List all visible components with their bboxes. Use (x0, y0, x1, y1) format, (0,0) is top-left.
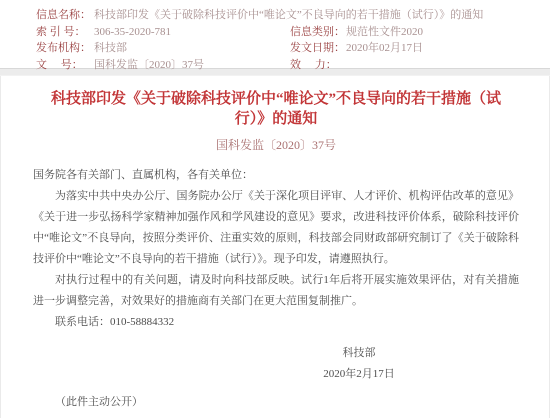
document-body: 国务院各有关部门、直属机构，各有关单位： 为落实中共中央办公厅、国务院办公厅《关… (33, 165, 519, 333)
meta-index-value: 306-35-2020-781 (94, 24, 290, 41)
meta-date-label: 发文日期： (290, 40, 346, 57)
meta-org-value: 科技部 (94, 40, 290, 57)
signature-date: 2020年2月17日 (116, 364, 550, 385)
document-meta-table: 信息名称： 科技部印发《关于破除科技评价中“唯论文”不良导向的若干措施（试行）》… (0, 0, 550, 68)
meta-docnum-value: 国科发监〔2020〕37号 (94, 57, 290, 74)
meta-effect-label: 效 力： (290, 57, 346, 74)
paragraph-2: 对执行过程中的有关问题，请及时向科技部反映。试行1年后将开展实施效果评估，对有关… (33, 270, 519, 312)
document-content-panel: 科技部印发《关于破除科技评价中“唯论文”不良导向的若干措施（试行）》的通知 国科… (0, 76, 550, 418)
document-title: 科技部印发《关于破除科技评价中“唯论文”不良导向的若干措施（试行）》的通知 (33, 89, 519, 129)
meta-index-label: 索 引 号： (36, 24, 94, 41)
meta-category-value: 规范性文件2020 (346, 24, 540, 41)
meta-category-label: 信息类别： (290, 24, 346, 41)
signature-organization: 科技部 (116, 343, 550, 364)
document-number: 国科发监〔2020〕37号 (33, 138, 519, 152)
meta-docnum-label: 文 号： (36, 57, 94, 74)
salutation-line: 国务院各有关部门、直属机构，各有关单位： (33, 165, 519, 186)
meta-date-value: 2020年02月17日 (346, 40, 540, 57)
meta-effect-value (346, 57, 540, 74)
meta-name-value: 科技部印发《关于破除科技评价中“唯论文”不良导向的若干措施（试行）》的通知 (94, 7, 540, 24)
meta-org-label: 发布机构： (36, 40, 94, 57)
contact-phone-line: 联系电话：010-58884332 (33, 312, 519, 333)
meta-name-label: 信息名称： (36, 7, 94, 24)
signature-block: 科技部 2020年2月17日 (116, 343, 550, 385)
disclosure-note: （此件主动公开） (33, 392, 519, 413)
paragraph-1: 为落实中共中央办公厅、国务院办公厅《关于深化项目评审、人才评价、机构评估改革的意… (33, 186, 519, 270)
